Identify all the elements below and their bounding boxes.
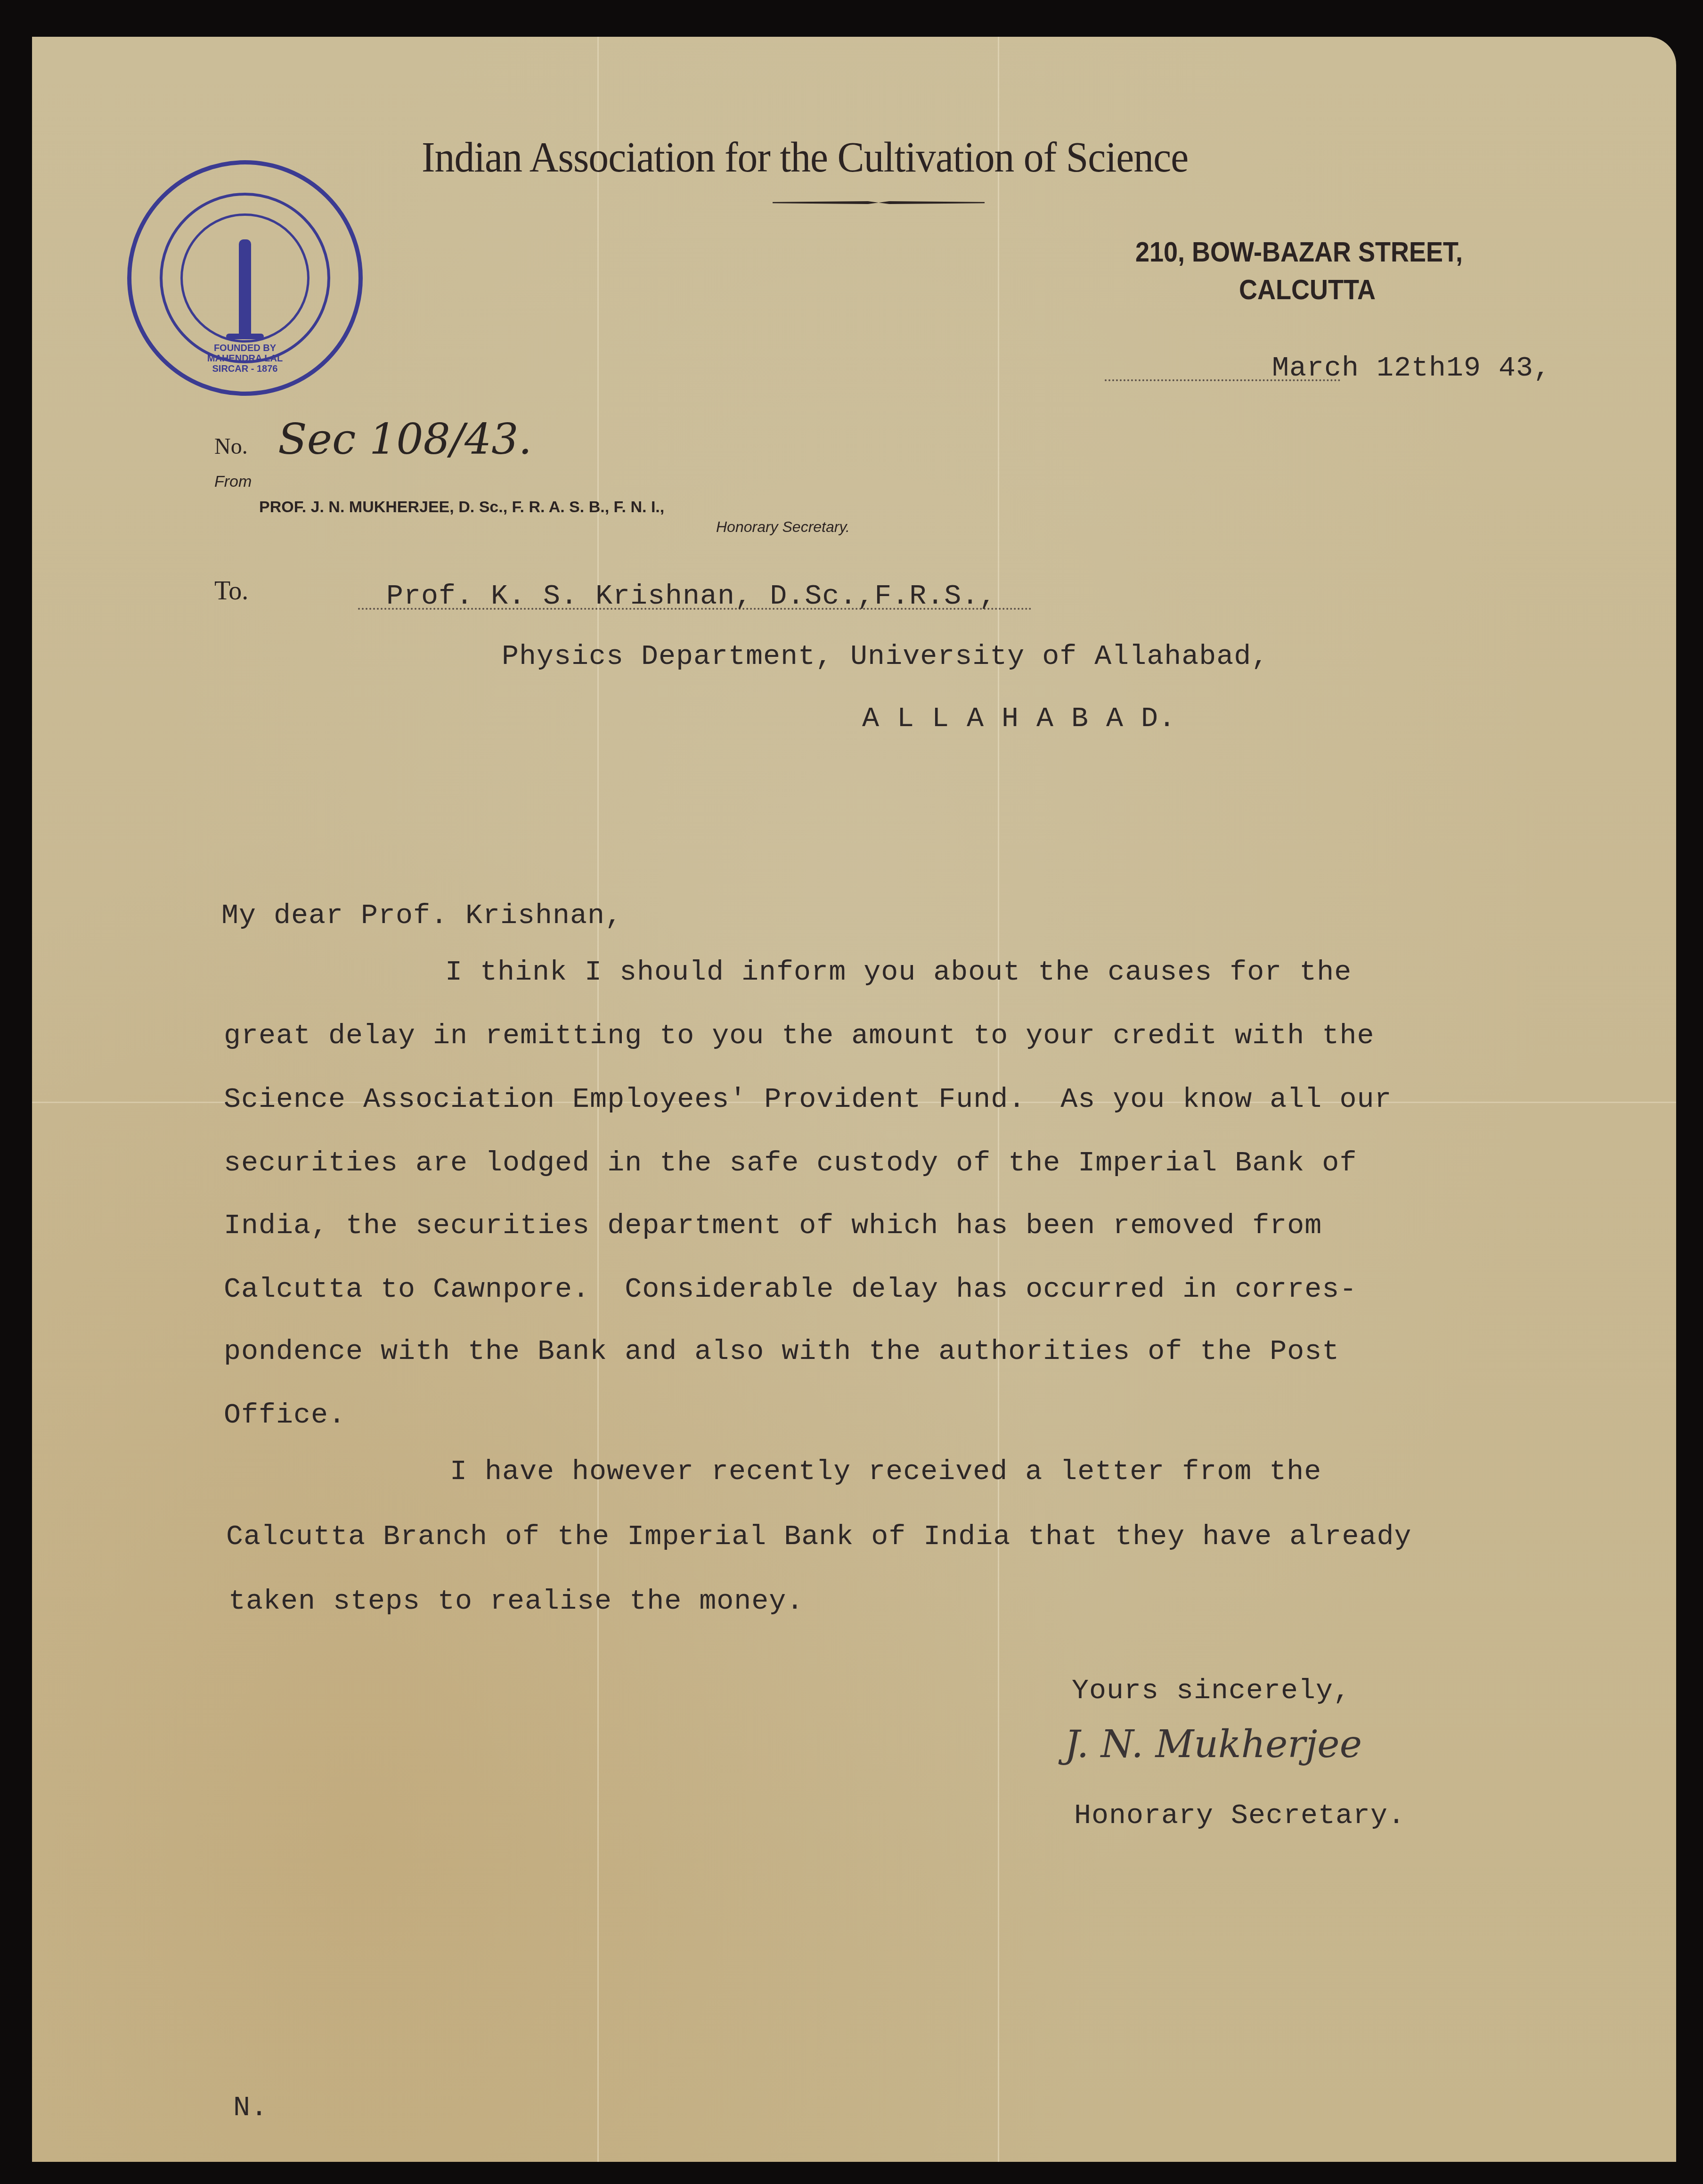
- from-title: Honorary Secretary.: [716, 518, 850, 536]
- body-line: securities are lodged in the safe custod…: [224, 1147, 1357, 1179]
- valediction: Yours sincerely,: [1072, 1675, 1351, 1707]
- footer-initial: N.: [233, 2092, 268, 2124]
- body-line: taken steps to realise the money.: [228, 1586, 804, 1618]
- letter-date: March 12th19 43,: [1272, 352, 1551, 384]
- signature: J. N. Mukherjee: [1065, 1722, 1362, 1766]
- signatory-title: Honorary Secretary.: [1074, 1800, 1405, 1832]
- salutation: My dear Prof. Krishnan,: [221, 900, 622, 932]
- from-label: From: [214, 473, 252, 491]
- body-line: Calcutta to Cawnpore. Considerable delay…: [224, 1274, 1357, 1306]
- address-line-1: 210, BOW-BAZAR STREET,: [1135, 236, 1463, 268]
- recipient-city: A L L A H A B A D.: [862, 703, 1176, 735]
- reference-number: Sec 108/43.: [278, 415, 532, 464]
- body-line: Calcutta Branch of the Imperial Bank of …: [226, 1521, 1411, 1553]
- to-label: To.: [214, 576, 248, 606]
- body-line: Office.: [224, 1399, 346, 1431]
- body-line: pondence with the Bank and also with the…: [224, 1336, 1339, 1368]
- body-line: India, the securities department of whic…: [224, 1210, 1322, 1242]
- letterhead-title: Indian Association for the Cultivation o…: [422, 132, 1188, 182]
- body-line: Science Association Employees' Provident…: [224, 1084, 1392, 1116]
- no-label: No.: [214, 434, 248, 459]
- body-line: I think I should inform you about the ca…: [445, 957, 1352, 989]
- recipient-department: Physics Department, University of Allaha…: [502, 641, 1269, 673]
- body-line: great delay in remitting to you the amou…: [224, 1020, 1374, 1052]
- recipient-name: Prof. K. S. Krishnan, D.Sc.,F.R.S.,: [386, 581, 996, 613]
- association-seal: FOUNDED BY MAHENDRA LAL SIRCAR - 1876: [127, 160, 363, 396]
- address-line-2: CALCUTTA: [1239, 273, 1376, 306]
- body-line: I have however recently received a lette…: [450, 1456, 1321, 1488]
- from-name: PROF. J. N. MUKHERJEE, D. Sc., F. R. A. …: [259, 498, 664, 516]
- seal-founded: FOUNDED BY: [183, 343, 307, 354]
- lamp-icon: [239, 239, 251, 338]
